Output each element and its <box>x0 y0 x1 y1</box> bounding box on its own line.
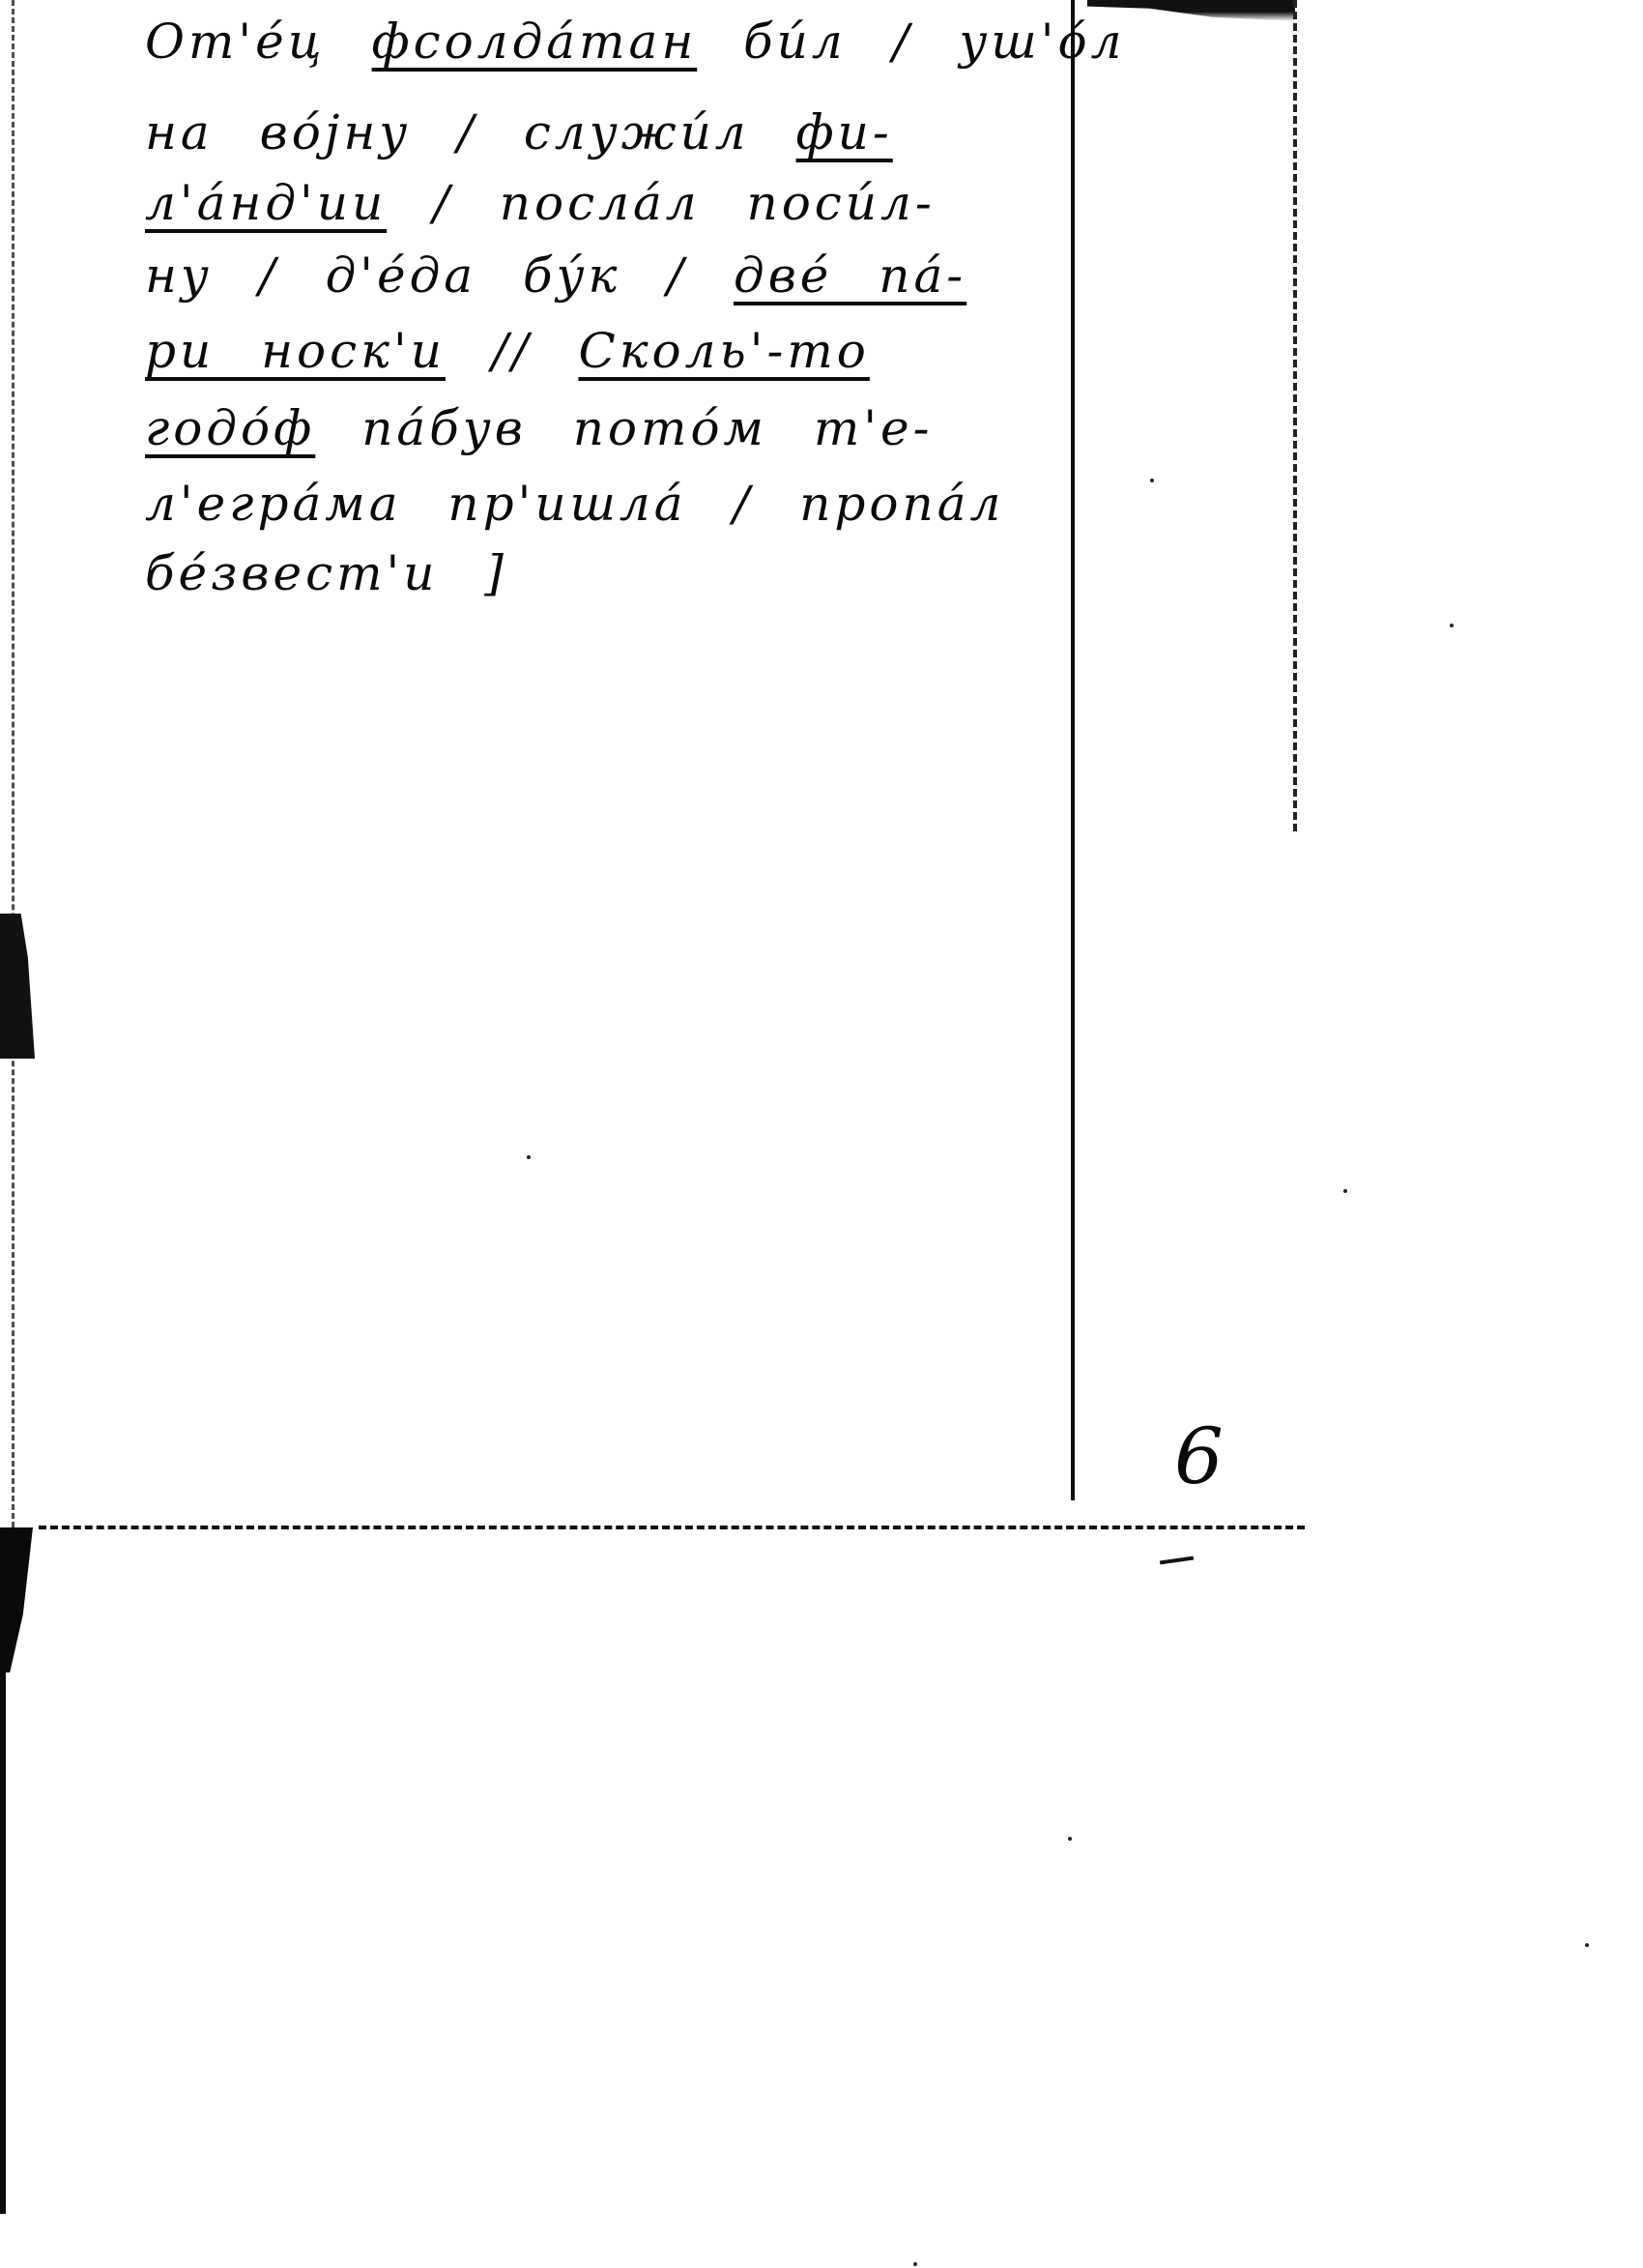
underlined-word: две́ па́- <box>734 247 966 304</box>
transcript-line-7: л'егра́ма пр'ишла́ / пропа́л <box>145 480 1004 528</box>
pen-mark <box>1160 1556 1194 1565</box>
transcript-line-8: бе́звест'и ] <box>145 549 507 597</box>
scan-speck <box>1585 1943 1589 1947</box>
scan-speck <box>1150 479 1154 482</box>
text: От'е́ц <box>145 14 372 70</box>
page-number: 6 <box>1174 1411 1224 1501</box>
transcript-line-5: ри носк'и // Сколь'-то <box>145 327 870 375</box>
transcript-line-6: годо́ф па́був пото́м т'е- <box>145 404 934 452</box>
text: // <box>446 323 578 379</box>
scan-speck <box>1450 624 1454 627</box>
text: би́л / уш'о́л <box>697 14 1125 70</box>
underlined-word: фсолда́тан <box>372 14 698 70</box>
scan-shadow-strip <box>0 1643 6 2214</box>
underlined-word: л'а́нд'ии <box>145 175 387 231</box>
transcript-line-1: От'е́ц фсолда́тан би́л / уш'о́л <box>145 17 1125 66</box>
scan-shadow <box>0 914 35 1059</box>
text: па́був пото́м т'е- <box>315 400 933 456</box>
text: / посла́л поси́л- <box>387 175 936 231</box>
text: л'егра́ма пр'ишла́ / пропа́л <box>145 476 1004 532</box>
margin-rule <box>1071 0 1075 1500</box>
left-page-edge <box>12 0 14 1527</box>
page-bottom-rule <box>39 1526 1305 1529</box>
underlined-word: ри носк'и <box>145 323 446 379</box>
right-page-edge <box>1293 0 1297 831</box>
text: на во́јну / служи́л <box>145 104 796 160</box>
underlined-word: фи- <box>796 104 893 160</box>
scan-speck <box>1343 1189 1347 1193</box>
underlined-word: годо́ф <box>145 400 315 456</box>
transcript-line-3: л'а́нд'ии / посла́л поси́л- <box>145 179 936 227</box>
underlined-word: Сколь'-то <box>578 323 869 379</box>
text: ну / д'е́да бу́к / <box>145 247 734 304</box>
scan-speck <box>527 1155 531 1159</box>
scan-speck <box>913 2262 917 2266</box>
scanned-page: От'е́ц фсолда́тан би́л / уш'о́л на во́јн… <box>0 0 1643 2268</box>
transcript-line-2: на во́јну / служи́л фи- <box>145 108 893 157</box>
scan-speck <box>1068 1837 1072 1841</box>
transcript-line-4: ну / д'е́да бу́к / две́ па́- <box>145 251 966 300</box>
text: бе́звест'и ] <box>145 545 507 601</box>
